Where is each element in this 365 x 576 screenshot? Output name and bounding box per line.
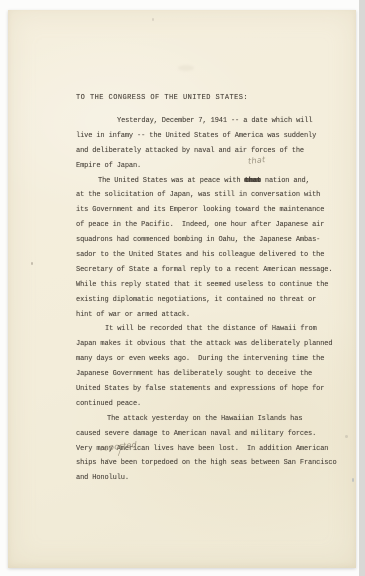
paper-speck [352,478,354,482]
typed-line: live in infamy -- the United States of A… [76,129,342,144]
paper-speck [345,435,348,438]
typed-line: While this reply stated that it seemed u… [76,278,342,293]
typed-text: continued peace. [76,400,141,408]
typed-line: many days or even weeks ago. During the … [76,352,342,367]
typed-line: existing diplomatic negotiations, it con… [76,293,342,308]
typed-text: live in infamy -- the United States of A… [76,132,316,140]
typed-text: and Honolulu. [76,474,129,482]
typed-line: The United States was at peace with that… [76,174,342,189]
typed-line: continued peace. [76,397,342,412]
typed-line: at the solicitation of Japan, was still … [76,188,342,203]
typed-text: at the solicitation of Japan, was still … [76,191,320,199]
typed-text: of peace in the Pacific. Indeed, one hou… [76,221,324,229]
typed-line: and Honolulu. [76,471,342,486]
struck-word: that [245,177,261,185]
paper-speck [152,18,154,21]
document-page: TO THE CONGRESS OF THE UNITED STATES: Ye… [8,10,356,568]
typed-text: and deliberately attacked by naval and a… [76,147,304,155]
typed-text: Japan makes it obvious that the attack w… [76,340,332,348]
typed-text: caused severe damage to American naval a… [76,430,316,438]
typed-text: Yesterday, December 7, 1941 -- a date wh… [117,117,312,125]
typed-text: The United States was at peace with [98,177,245,185]
typed-text: nation and, [261,177,310,185]
typed-text: Secretary of State a formal reply to a r… [76,266,332,274]
typed-line: Japanese Government has deliberately sou… [76,367,342,382]
typed-text: sador to the United States and his colle… [76,251,324,259]
typed-text: Empire of Japan. [76,162,141,170]
typed-line: caused severe damage to American naval a… [76,427,342,442]
typed-line: hint of war or armed attack. [76,308,342,323]
typed-line: Japan makes it obvious that the attack w… [76,337,342,352]
typed-text: many days or even weeks ago. During the … [76,355,324,363]
typed-text: hint of war or armed attack. [76,311,190,319]
scanned-document-background: TO THE CONGRESS OF THE UNITED STATES: Ye… [0,0,365,576]
paper-smudge [178,65,194,71]
typed-text: Japanese Government has deliberately sou… [76,370,312,378]
typed-line: sador to the United States and his colle… [76,248,342,263]
typed-line: Empire of Japan. [76,159,342,174]
scan-edge-strip [359,0,365,576]
typed-line: ships have been torpedoed on the high se… [76,456,342,471]
typed-text: United States by false statements and ex… [76,385,324,393]
typed-text: existing diplomatic negotiations, it con… [76,296,316,304]
typed-line: and deliberately attacked by naval and a… [76,144,342,159]
typed-line: Secretary of State a formal reply to a r… [76,263,342,278]
insert-caret: ^ [104,458,112,468]
typed-line: It will be recorded that the distance of… [76,322,342,337]
typed-text: its Government and its Emperor looking t… [76,206,324,214]
typed-line: of peace in the Pacific. Indeed, one hou… [76,218,342,233]
typed-text: squadrons had commenced bombing in Oahu,… [76,236,320,244]
typed-text: While this reply stated that it seemed u… [76,281,328,289]
typed-line: Yesterday, December 7, 1941 -- a date wh… [76,114,342,129]
typed-text: It will be recorded that the distance of… [105,325,317,333]
typed-text: The attack yesterday on the Hawaiian Isl… [107,415,302,423]
typed-line: squadrons had commenced bombing in Oahu,… [76,233,342,248]
paper-speck [31,262,33,265]
document-salutation: TO THE CONGRESS OF THE UNITED STATES: [76,94,248,102]
document-body: Yesterday, December 7, 1941 -- a date wh… [76,114,342,486]
typed-text: ships have been torpedoed on the high se… [76,459,337,467]
typed-line: United States by false statements and ex… [76,382,342,397]
typed-line: The attack yesterday on the Hawaiian Isl… [76,412,342,427]
handwritten-that: that [248,155,266,166]
typed-line: its Government and its Emperor looking t… [76,203,342,218]
